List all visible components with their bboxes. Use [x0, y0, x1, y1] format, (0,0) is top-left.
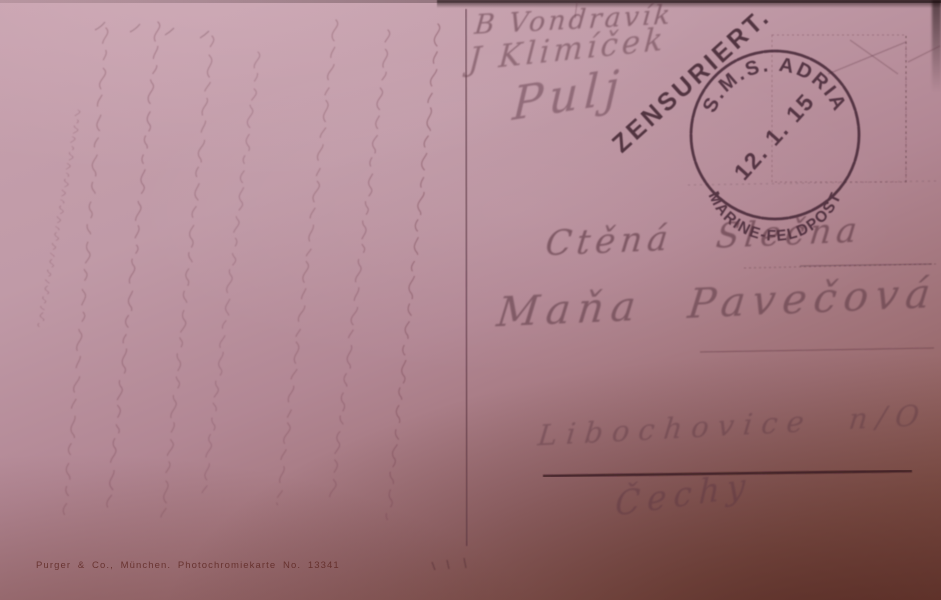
postcard-photo: S.M.S. ADRIA MARINE-FELDPOST 12. 1. 15 Z… [0, 0, 941, 600]
publisher-imprint: Purger & Co., München. Photochromiekarte… [36, 560, 340, 571]
message-handwriting [38, 18, 440, 522]
postmark-date: 12. 1. 15 [729, 88, 820, 185]
divider-line [466, 9, 467, 546]
